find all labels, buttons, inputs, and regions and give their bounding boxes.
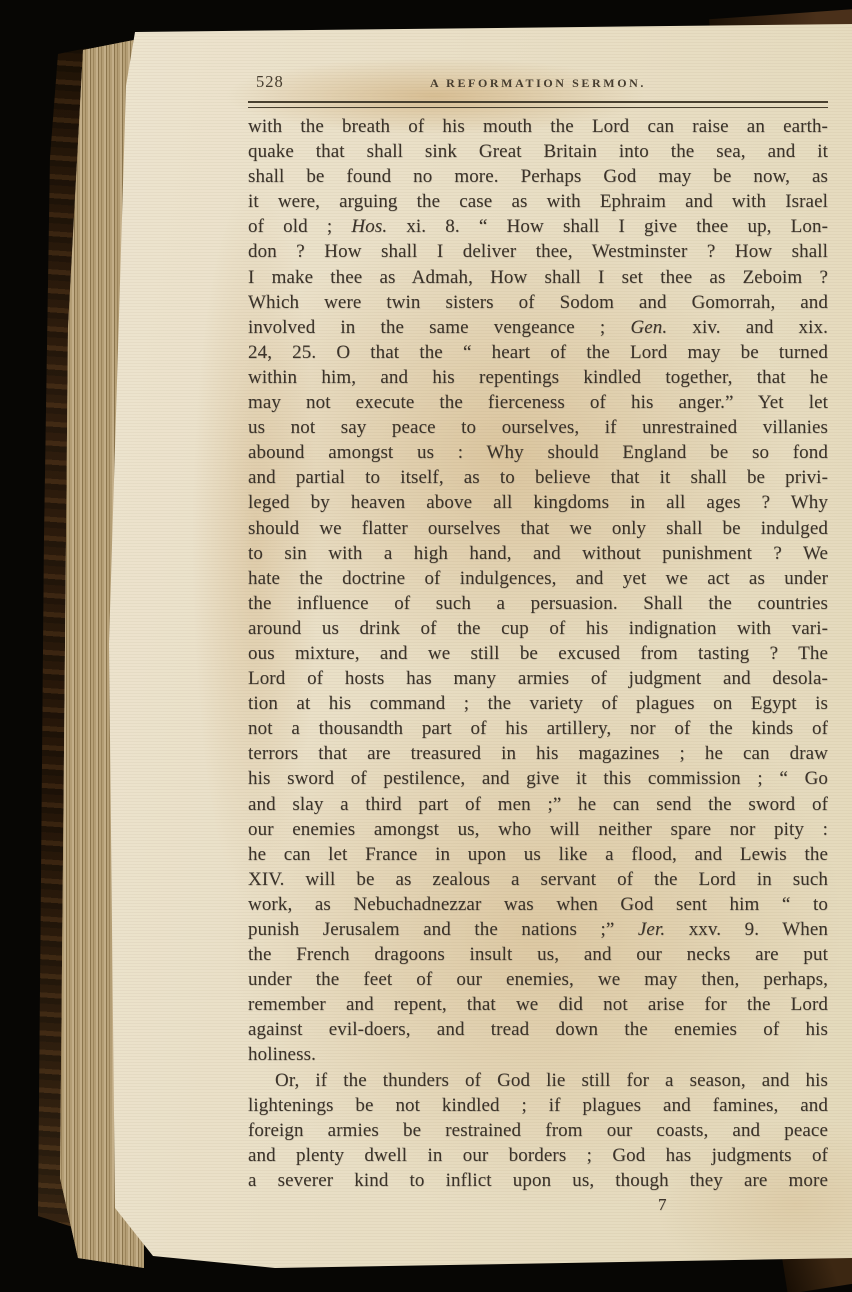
text-line: and slay a third part of men ;” he can s… — [248, 792, 828, 817]
book-page: 528 A REFORMATION SERMON. with the breat… — [105, 24, 852, 1272]
text-line: terrors that are treasured in his magazi… — [248, 741, 828, 766]
text-line: quake that shall sink Great Britain into… — [248, 139, 828, 164]
text-line: Lord of hosts has many armies of judgmen… — [248, 666, 828, 691]
page-header: 528 A REFORMATION SERMON. — [248, 72, 828, 94]
text-line: and partial to itself, as to believe tha… — [248, 465, 828, 490]
body-text: with the breath of his mouth the Lord ca… — [248, 114, 828, 1193]
text-line: a severer kind to inflict upon us, thoug… — [248, 1168, 828, 1193]
running-title: A REFORMATION SERMON. — [430, 72, 646, 91]
text-line: should we flatter ourselves that we only… — [248, 516, 828, 541]
text-line: ous mixture, and we still be excused fro… — [248, 641, 828, 666]
text-line: work, as Nebuchadnezzar was when God sen… — [248, 892, 828, 917]
text-line: Which were twin sisters of Sodom and Gom… — [248, 290, 828, 315]
text-line: it were, arguing the case as with Ephrai… — [248, 189, 828, 214]
header-double-rule — [248, 101, 828, 108]
text-line: holiness. — [248, 1042, 828, 1067]
page-content: 528 A REFORMATION SERMON. with the breat… — [248, 72, 828, 1215]
text-line: Or, if the thunders of God lie still for… — [248, 1068, 828, 1093]
page-number: 528 — [256, 72, 284, 92]
text-line: against evil-doers, and tread down the e… — [248, 1017, 828, 1042]
text-line: involved in the same vengeance ; Gen. xi… — [248, 315, 828, 340]
text-line: of old ; Hos. xi. 8. “ How shall I give … — [248, 214, 828, 239]
text-line: our enemies amongst us, who will neither… — [248, 817, 828, 842]
text-line: 24, 25. O that the “ heart of the Lord m… — [248, 340, 828, 365]
text-line: may not execute the fierceness of his an… — [248, 390, 828, 415]
text-line: within him, and his repentings kindled t… — [248, 365, 828, 390]
text-line: us not say peace to ourselves, if unrest… — [248, 415, 828, 440]
text-line: his sword of pestilence, and give it thi… — [248, 766, 828, 791]
text-line: tion at his command ; the variety of pla… — [248, 691, 828, 716]
text-line: the French dragoons insult us, and our n… — [248, 942, 828, 967]
text-line: lightenings be not kindled ; if plagues … — [248, 1093, 828, 1118]
text-line: don ? How shall I deliver thee, Westmins… — [248, 239, 828, 264]
text-line: abound amongst us : Why should England b… — [248, 440, 828, 465]
text-line: XIV. will be as zealous a servant of the… — [248, 867, 828, 892]
text-line: foreign armies be restrained from our co… — [248, 1118, 828, 1143]
text-line: shall be found no more. Perhaps God may … — [248, 164, 828, 189]
text-line: and plenty dwell in our borders ; God ha… — [248, 1143, 828, 1168]
text-line: he can let France in upon us like a floo… — [248, 842, 828, 867]
text-line: leged by heaven above all kingdoms in al… — [248, 490, 828, 515]
text-line: to sin with a high hand, and without pun… — [248, 541, 828, 566]
text-line: not a thousandth part of his artillery, … — [248, 716, 828, 741]
text-line: punish Jerusalem and the nations ;” Jer.… — [248, 917, 828, 942]
text-line: around us drink of the cup of his indign… — [248, 616, 828, 641]
text-line: under the feet of our enemies, we may th… — [248, 967, 828, 992]
text-line: remember and repent, that we did not ari… — [248, 992, 828, 1017]
text-line: with the breath of his mouth the Lord ca… — [248, 114, 828, 139]
text-line: I make thee as Admah, How shall I set th… — [248, 265, 828, 290]
text-line: hate the doctrine of indulgences, and ye… — [248, 566, 828, 591]
signature-mark: 7 — [248, 1195, 828, 1215]
book-scan: 528 A REFORMATION SERMON. with the breat… — [0, 0, 852, 1292]
text-line: the influence of such a persuasion. Shal… — [248, 591, 828, 616]
